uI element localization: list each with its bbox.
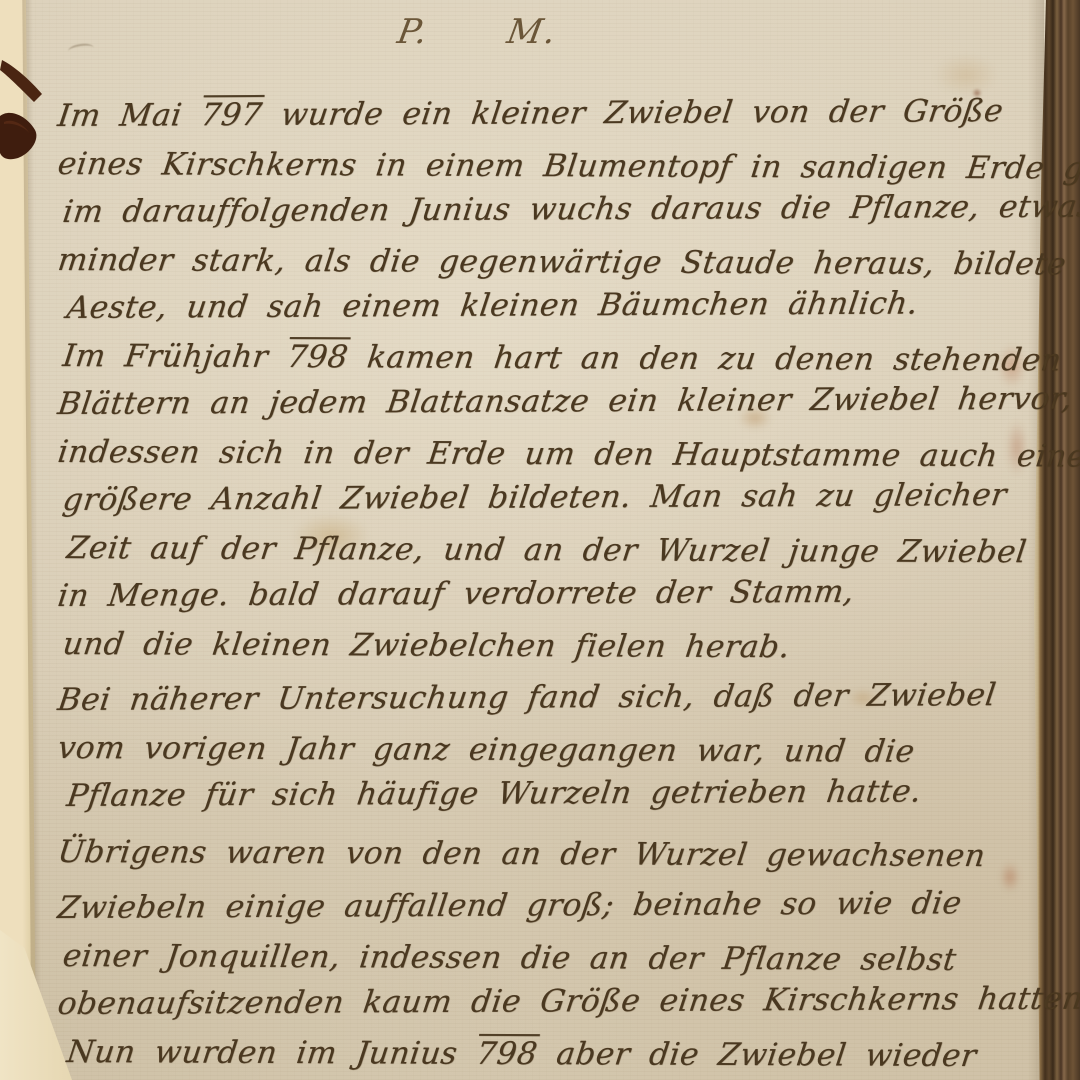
manuscript-line: Im Mai 797 wurde ein kleiner Zwiebel von… (55, 87, 1032, 140)
manuscript-line: im darauffolgenden Junius wuchs daraus d… (55, 183, 1032, 236)
manuscript-line: Bei näherer Untersuchung fand sich, daß … (55, 671, 1032, 724)
manuscript-line: obenaufsitzenden kaum die Größe eines Ki… (55, 975, 1032, 1028)
manuscript-line: Übrigens waren von den an der Wurzel gew… (55, 828, 1031, 880)
manuscript-line: Pflanze für sich häufige Wurzeln getrieb… (55, 767, 1032, 820)
faint-pencil-mark (67, 42, 94, 57)
manuscript-line: Blättern an jedem Blattansatze ein klein… (55, 375, 1032, 428)
manuscript-line: Nun wurden im Junius 798 aber die Zwiebe… (55, 1028, 1031, 1080)
pressed-stem-fragment (0, 58, 64, 184)
manuscript-line: größere Anzahl Zwiebel bildeten. Man sah… (55, 471, 1032, 524)
manuscript-text: Im Mai 797 wurde ein kleiner Zwiebel von… (58, 92, 1028, 1076)
manuscript-scan: P. M. Im Mai 797 wurde ein kleiner Zwieb… (0, 0, 1080, 1080)
manuscript-line: in Menge. bald darauf verdorrete der Sta… (55, 567, 1032, 620)
header-initials: P. M. (394, 12, 560, 52)
manuscript-line: und die kleinen Zwiebelchen fielen herab… (55, 620, 1031, 672)
manuscript-line: Aeste, und sah einem kleinen Bäumchen äh… (55, 279, 1032, 332)
manuscript-line: Zwiebeln einige auffallend groß; beinahe… (55, 879, 1032, 932)
